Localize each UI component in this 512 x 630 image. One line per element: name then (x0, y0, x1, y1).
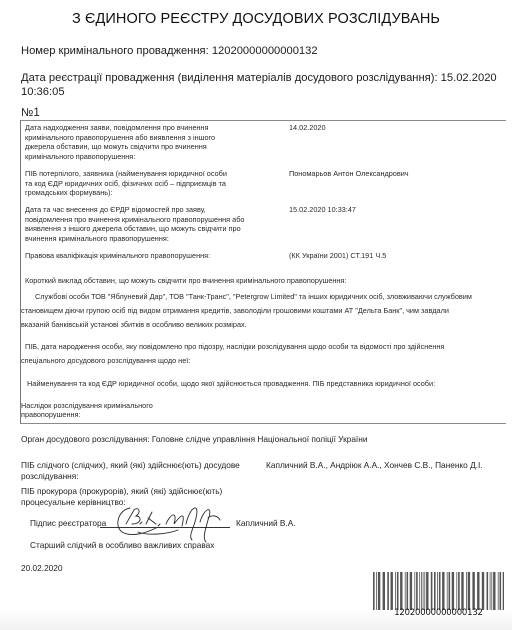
row-value-application-date: 14.02.2020 (289, 123, 326, 133)
case-number: Номер кримінального провадження: 1202000… (21, 44, 318, 58)
row-value-victim: Пономарьов Антон Олександрович (289, 169, 409, 179)
suspect-heading-line-2: спеціального досудового розслідування що… (21, 356, 190, 365)
suspect-heading-line-1: ПІБ, дата народження особи, яку повідомл… (25, 342, 444, 351)
case-details-table: Дата надходження заяви, повідомлення про… (20, 120, 506, 424)
row-value-legal-qualification: (КК України 2001) СТ.191 Ч.5 (289, 251, 386, 261)
registrar-position: Старший слідчий в особливо важливих спра… (30, 540, 214, 551)
summary-line-2: становищем діючи групою осіб під видом о… (21, 306, 449, 315)
signature-icon (108, 496, 228, 546)
row-label-legal-qualification: Правова кваліфікація кримінального право… (25, 251, 285, 261)
summary-line-1: Службові особи ТОВ "Яблуневий Дар", ТОВ … (35, 292, 472, 301)
investigators-label: ПІБ слідчого (слідчих), який (які) здійс… (21, 460, 240, 482)
row-label-victim: ПІБ потерпілого, заявника (найменування … (25, 169, 285, 198)
legal-entity-heading: Найменування та код ЄДР юридичної особи,… (27, 379, 435, 388)
investigation-body: Орган досудового розслідування: Головне … (21, 434, 367, 445)
summary-line-3: вказаній банківській установі збитків в … (21, 320, 247, 329)
registrar-signature-label: Підпис реєстратора (30, 518, 106, 529)
registration-date: Дата реєстрації провадження (виділення м… (21, 71, 497, 85)
row-label-erdr-date: Дата та час внесення до ЄРДР відомостей … (25, 205, 285, 243)
registrar-name: Капличний В.А. (236, 518, 296, 529)
barcode-number: 12020000000000132 (373, 608, 504, 618)
registration-time: 10:36:05 (21, 85, 65, 99)
outcome-heading: Наслідок розслідування кримінального пра… (21, 402, 153, 419)
document-date: 20.02.2020 (21, 563, 63, 574)
summary-heading: Короткий виклад обставин, що можуть свід… (25, 276, 346, 285)
investigators-value: Капличний В.А., Андріюк А.А., Хончев С.В… (266, 460, 483, 471)
document-title: З ЄДИНОГО РЕЄСТРУ ДОСУДОВИХ РОЗСЛІДУВАНЬ (0, 11, 512, 27)
entry-number: №1 (21, 107, 40, 119)
barcode-icon (373, 572, 504, 610)
row-value-erdr-date: 15.02.2020 10:33:47 (289, 205, 356, 215)
row-label-application-date: Дата надходження заяви, повідомлення про… (25, 123, 285, 161)
